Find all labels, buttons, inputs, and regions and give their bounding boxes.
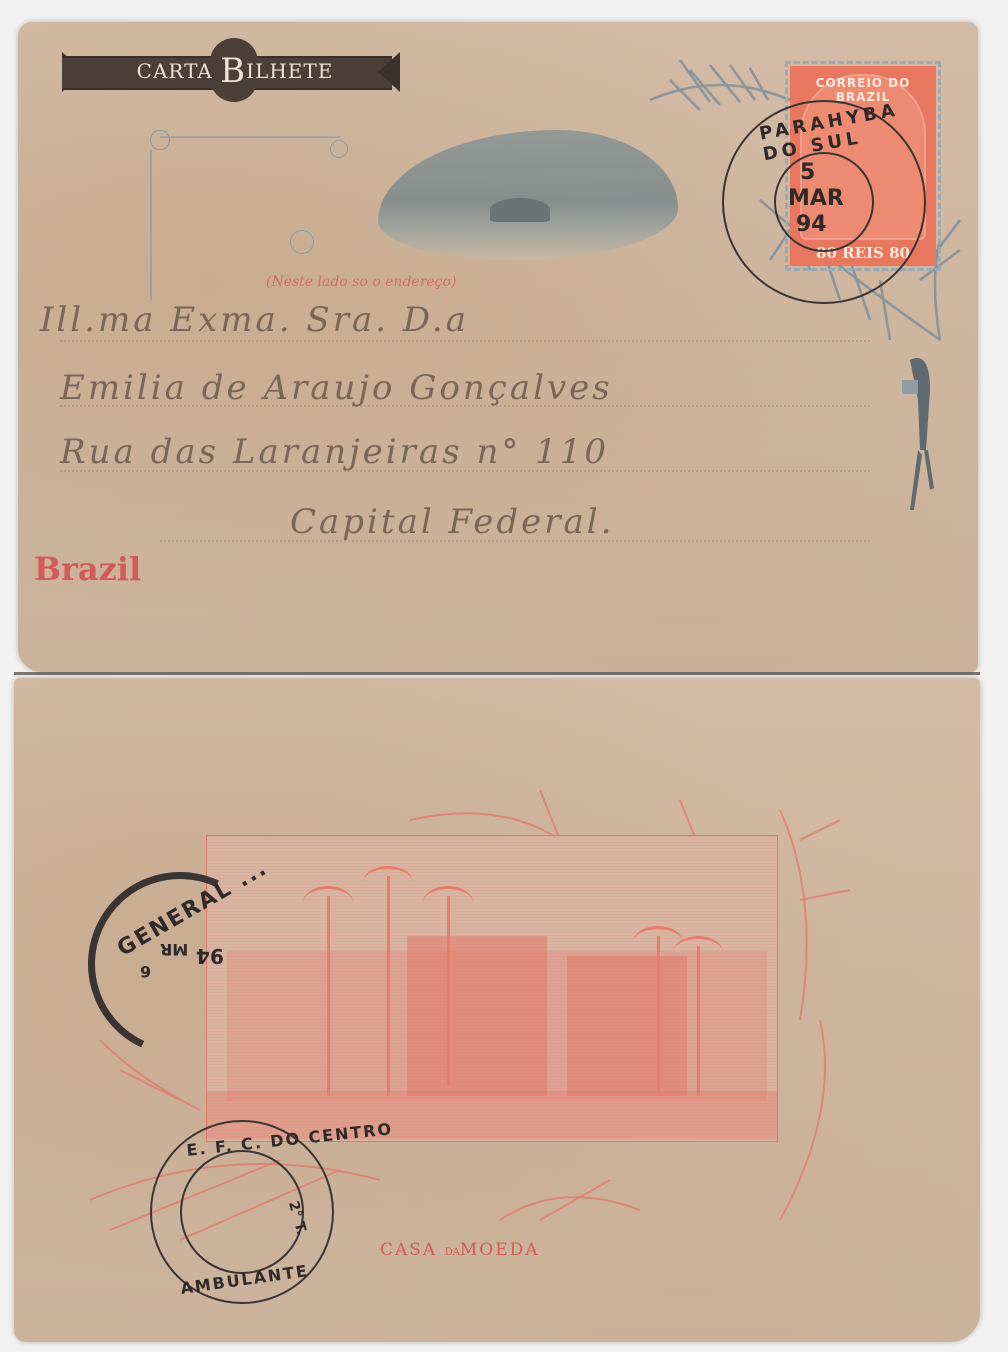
scroll-ornament-icon xyxy=(330,140,348,158)
illustration-caption: CASA DAMOEDA xyxy=(380,1240,540,1260)
palm-crown xyxy=(303,886,353,919)
building-central-block xyxy=(407,936,547,1096)
mountain-island xyxy=(490,198,550,222)
palm-tree xyxy=(387,876,390,1096)
palm-crown xyxy=(673,936,723,969)
address-recipient: Emilia de Araujo Gonçalves xyxy=(60,368,613,408)
palm-tree xyxy=(327,896,330,1096)
title-word-1: ARTA xyxy=(153,59,213,83)
railway-postmark-inner-ring xyxy=(180,1150,304,1274)
arrival-postmark-year: 94 xyxy=(196,944,224,968)
scroll-ornament-icon xyxy=(150,130,170,150)
address-instruction: (Neste lado so o endereço) xyxy=(266,274,456,290)
address-city: Capital Federal. xyxy=(290,502,614,542)
arrival-postmark-day: 6 xyxy=(140,962,151,981)
postmark-month: MAR xyxy=(788,186,844,211)
postmark-year: 94 xyxy=(796,212,827,237)
card-title: CARTA BILHETE xyxy=(90,58,380,84)
caption-word-2: MOEDA xyxy=(460,1240,540,1260)
address-salutation: Ill.ma Exma. Sra. D.a xyxy=(40,300,469,340)
title-big-initial: B xyxy=(220,51,246,91)
mail-carrier-figure-icon xyxy=(900,340,936,520)
header-ornament-right xyxy=(378,52,400,92)
caption-word-1: CASA xyxy=(380,1240,437,1260)
casa-da-moeda-engraving xyxy=(206,835,778,1142)
arrival-postmark-month: MR xyxy=(160,940,188,959)
palm-crown xyxy=(423,886,473,919)
address-street: Rua das Laranjeiras n° 110 xyxy=(60,432,609,472)
palm-crown xyxy=(363,866,413,899)
building-wing xyxy=(567,956,687,1096)
address-rule xyxy=(60,340,870,342)
ornament-line xyxy=(150,150,152,300)
ornament-line xyxy=(160,136,340,138)
palm-tree xyxy=(657,936,660,1096)
brazil-handstamp: Brazil xyxy=(34,550,141,588)
title-word-2: ILHETE xyxy=(246,59,333,83)
title-initial: C xyxy=(137,59,153,83)
postmark-day: 5 xyxy=(800,160,815,185)
palm-tree xyxy=(447,896,450,1086)
caption-small-word: DA xyxy=(445,1247,460,1258)
scroll-ornament-icon xyxy=(290,230,314,254)
fold-tear xyxy=(14,672,980,675)
